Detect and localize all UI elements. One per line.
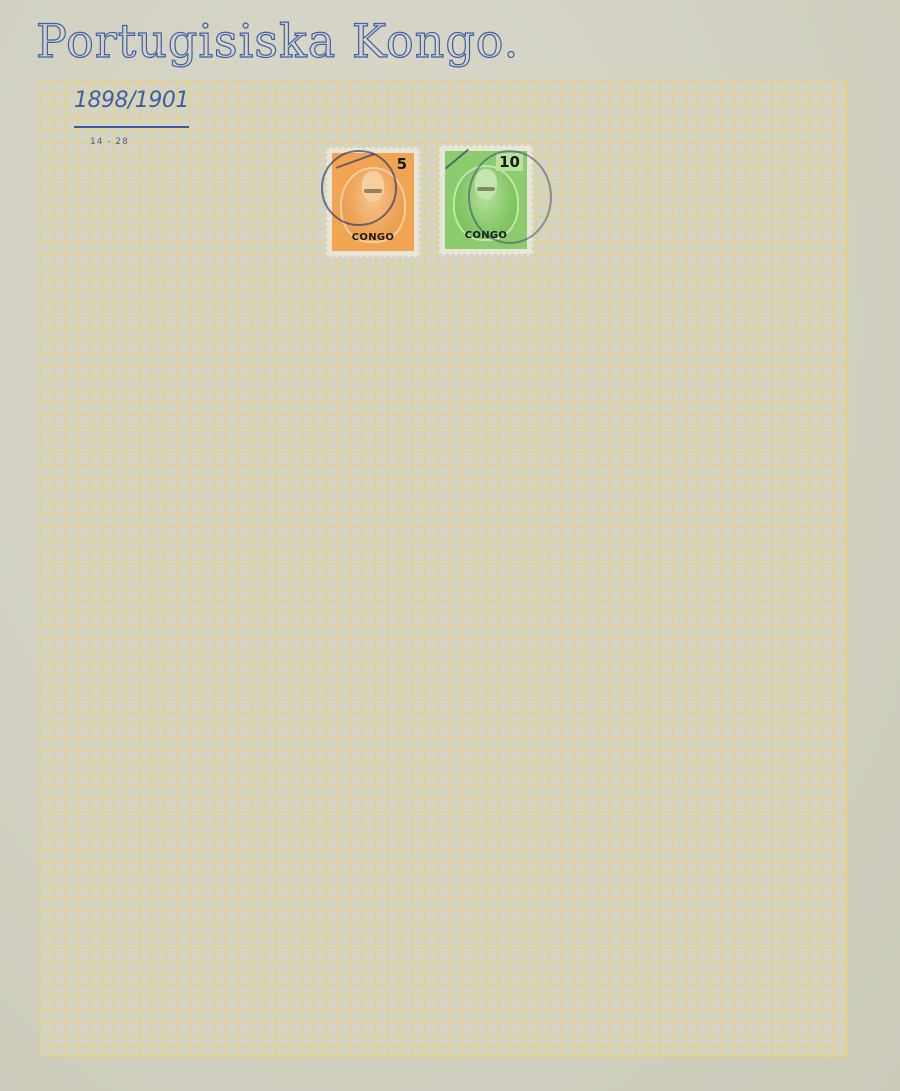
stamp-country: CONGO [332, 232, 414, 243]
stamp-country: CONGO [445, 230, 527, 241]
stamp-10-green[interactable]: 10 CONGO [438, 144, 534, 256]
catalog-range: 14 - 28 [90, 137, 129, 147]
king-portrait-icon [362, 171, 384, 201]
album-page: Portugisiska Kongo. 1898/1901 14 - 28 5 … [0, 0, 900, 1091]
mustache-detail [364, 189, 382, 193]
mustache-detail [477, 187, 495, 191]
years-underline [74, 126, 189, 128]
page-title: Portugisiska Kongo. [36, 18, 519, 64]
stamp-value: 5 [394, 155, 410, 173]
king-portrait-icon [475, 169, 497, 199]
issue-years: 1898/1901 [74, 88, 189, 113]
stamp-value: 10 [496, 153, 523, 171]
stamp-5-orange[interactable]: 5 CONGO [325, 146, 421, 258]
